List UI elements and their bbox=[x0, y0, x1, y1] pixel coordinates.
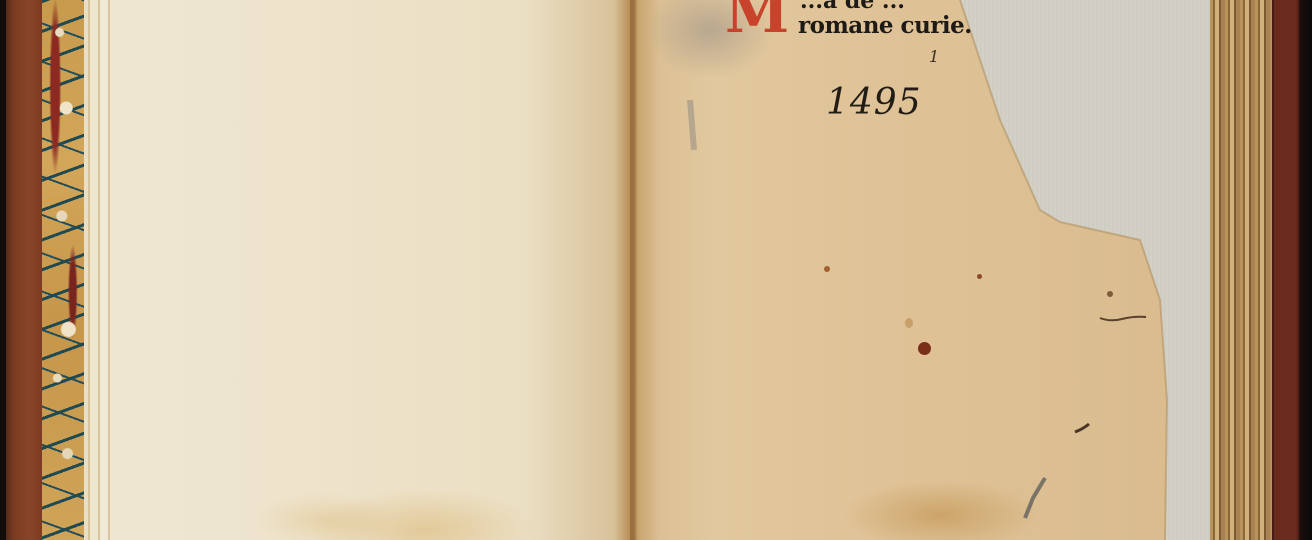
right-leather-cover bbox=[1272, 0, 1312, 540]
folio-number: 1 bbox=[929, 47, 939, 66]
handwritten-date: 1495 bbox=[826, 82, 922, 123]
ink-stain bbox=[918, 342, 931, 355]
book-photograph: M ...a de ... romane curie. 1 1495 bbox=[0, 0, 1312, 540]
page-fore-edge bbox=[1210, 0, 1272, 540]
ink-stain bbox=[977, 274, 982, 279]
ink-stain bbox=[824, 266, 830, 272]
rubricated-initial: M bbox=[725, 0, 787, 46]
ink-stain bbox=[1107, 291, 1113, 297]
title-line-2: romane curie. bbox=[798, 12, 972, 39]
ink-stain bbox=[905, 318, 913, 328]
torn-edge-outline bbox=[0, 0, 1312, 540]
